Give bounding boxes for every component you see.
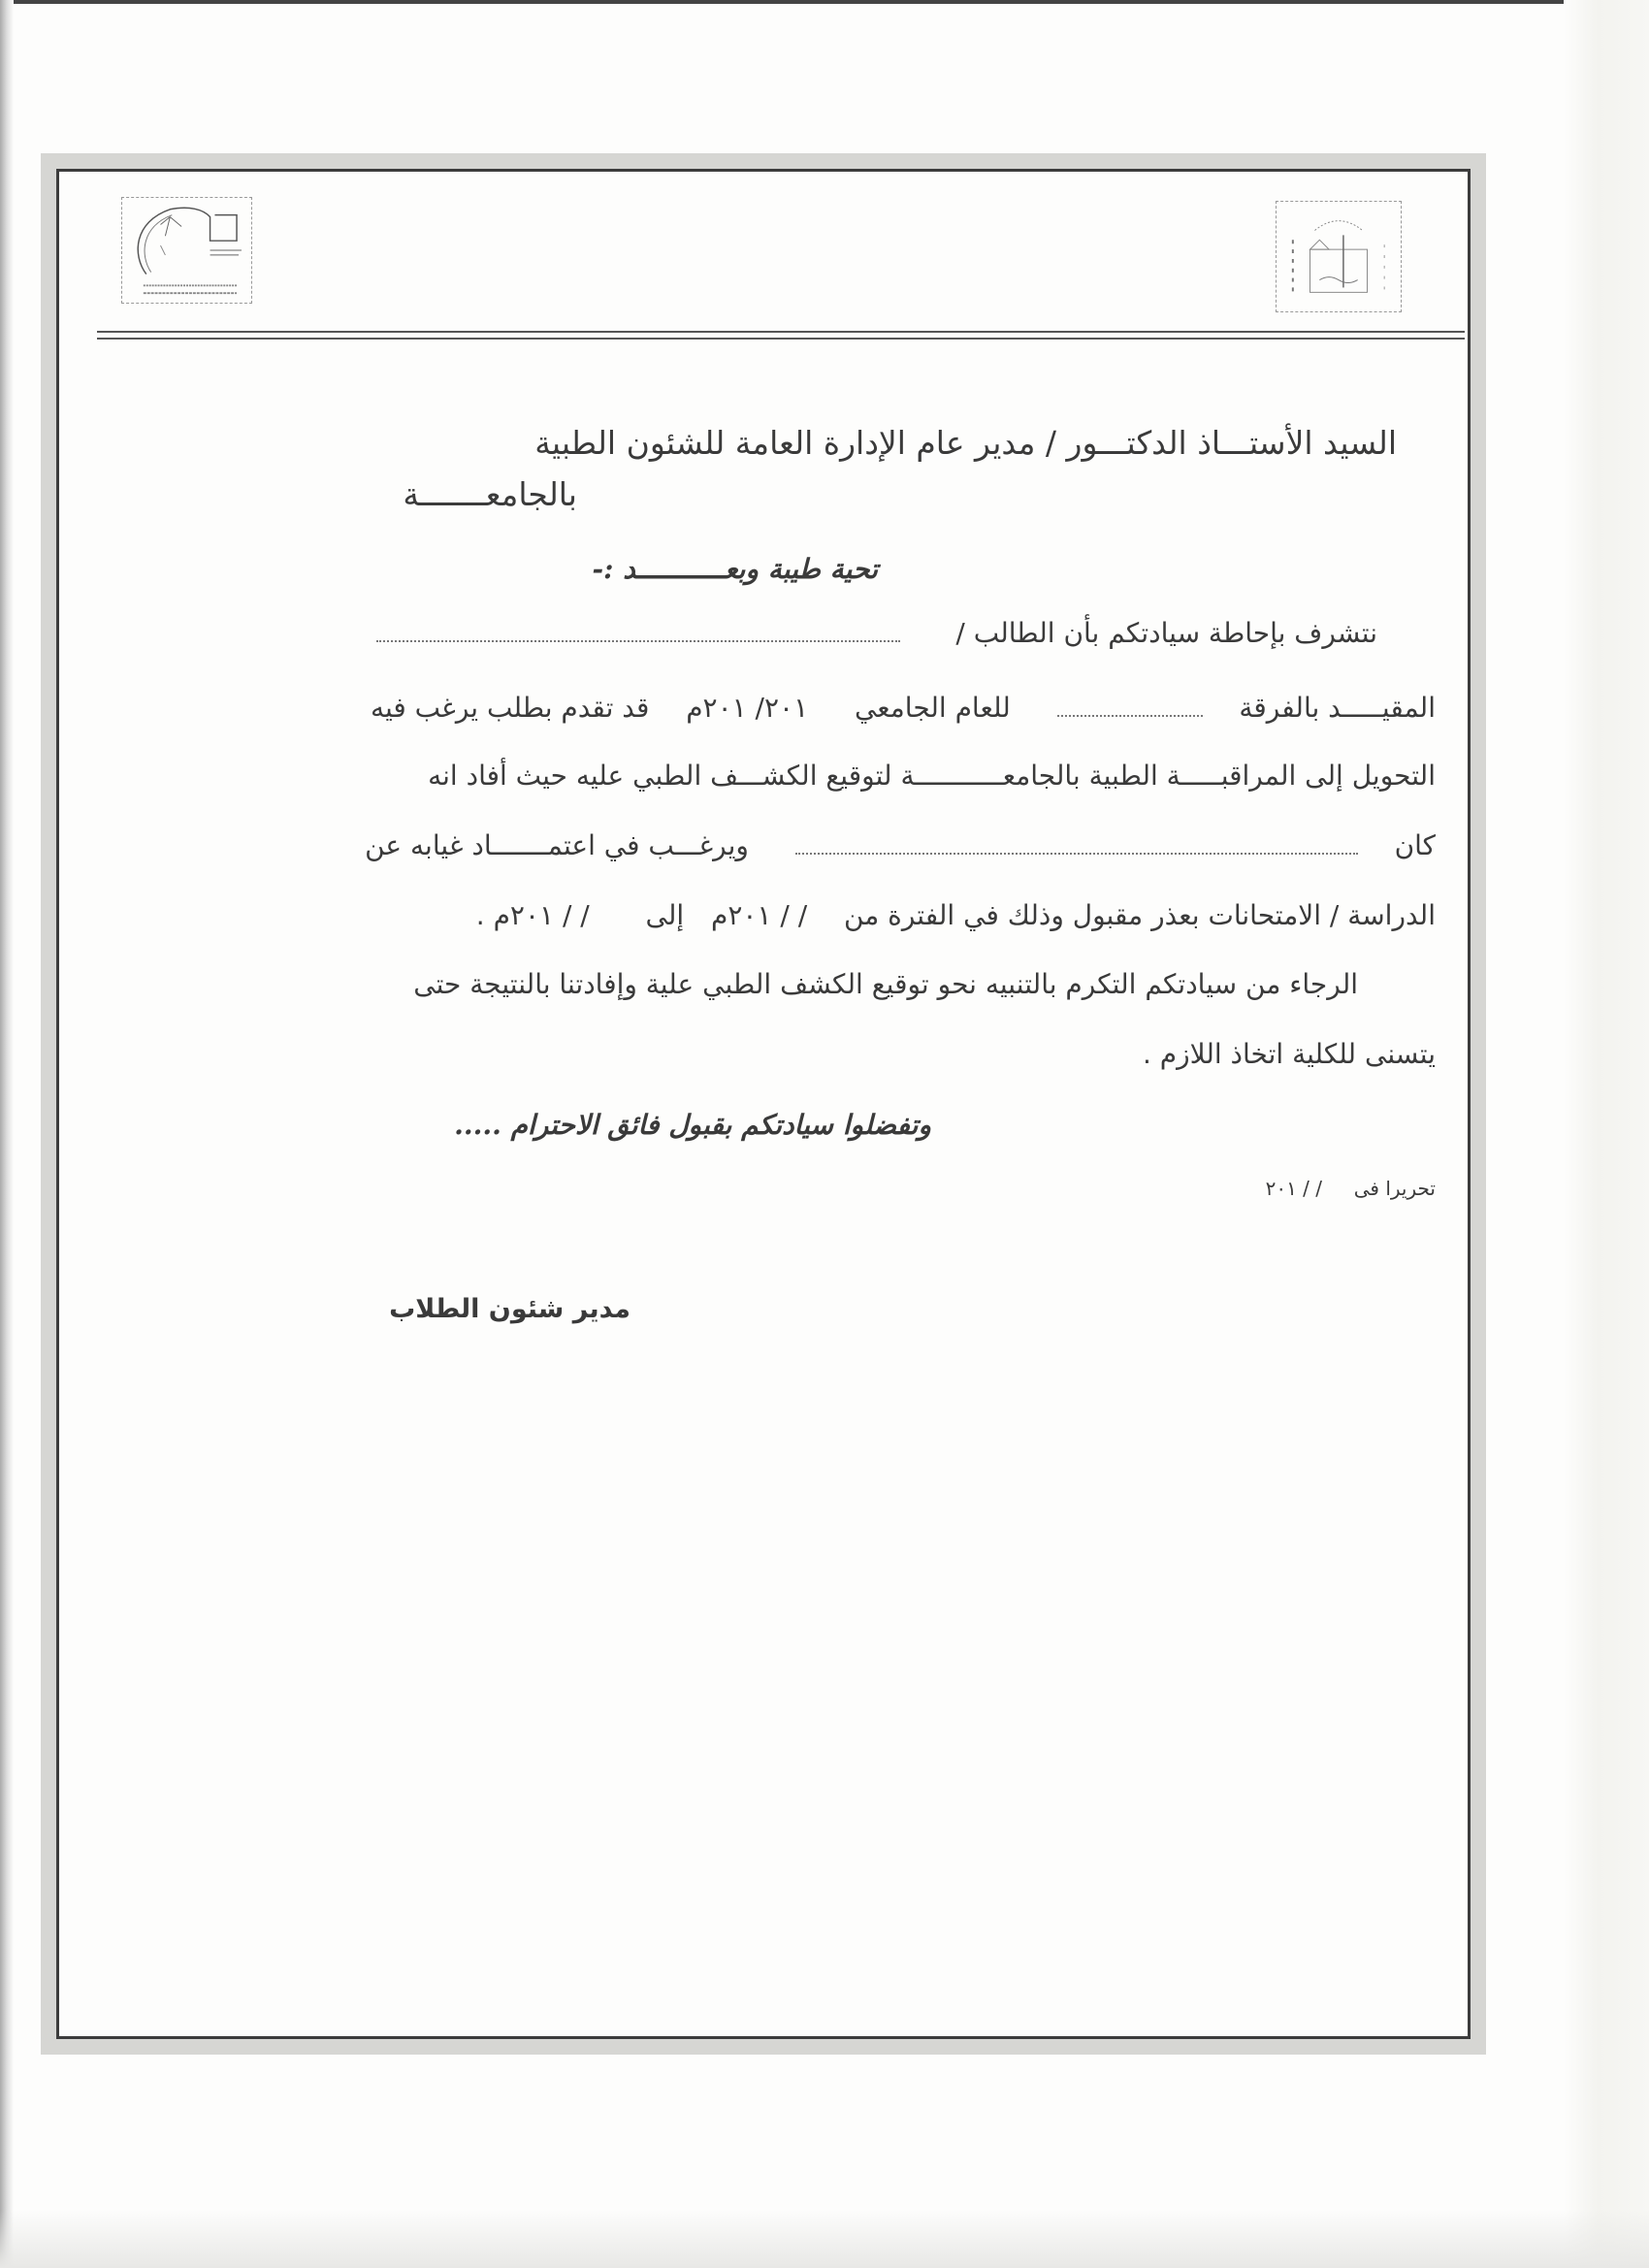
period-to-date[interactable]: / / ٢٠١م . — [476, 899, 590, 931]
scan-edge-right — [1564, 0, 1649, 2268]
header-divider-bottom — [97, 338, 1465, 340]
header-divider-top — [97, 331, 1465, 333]
greeting: تحية طيبة وبعـــــــــــد :- — [97, 550, 878, 589]
request-text: قد تقدم بطلب يرغب فيه — [371, 692, 649, 724]
body-line-reason: كان ويرغـــب في اعتمـــــــاد غيابه عن — [97, 826, 1436, 865]
to-text: إلى — [646, 899, 685, 931]
body-line-request: الرجاء من سيادتكم التكرم بالتنبيه نحو تو… — [97, 965, 1358, 1004]
body-line-action: يتسنى للكلية اتخاذ اللازم . — [97, 1035, 1436, 1074]
university-emblem-icon — [1276, 201, 1402, 312]
addressee-line: السيد الأستـــاذ الدكتـــور / مدير عام ا… — [97, 424, 1397, 463]
faculty-logo-graphic — [122, 198, 251, 303]
issue-date-line: تحريرا فى / / ٢٠١ — [97, 1169, 1436, 1208]
issue-date-label: تحريرا فى — [1354, 1177, 1436, 1200]
issue-date-value[interactable]: / / ٢٠١ — [1266, 1177, 1322, 1200]
body-line-student: نتشرف بإحاطة سيادتكم بأن الطالب / — [97, 614, 1377, 653]
academic-year-value[interactable]: ٢٠١/ ٢٠١م — [686, 692, 808, 724]
scan-edge-bottom — [0, 2210, 1649, 2268]
addressee-institution: بالجامعـــــــة — [97, 475, 577, 514]
scan-edge-left — [0, 0, 14, 2268]
period-text: الدراسة / الامتحانات بعذر مقبول وذلك في … — [844, 899, 1436, 931]
was-text: كان — [1395, 829, 1436, 861]
body-line-transfer: التحويل إلى المراقبـــــة الطبية بالجامع… — [97, 757, 1436, 795]
student-name-field[interactable] — [376, 619, 900, 642]
reason-field[interactable] — [795, 831, 1358, 855]
body-line-period: الدراسة / الامتحانات بعذر مقبول وذلك في … — [97, 896, 1436, 935]
academic-year-label: للعام الجامعي — [855, 692, 1011, 724]
closing-salutation: وتفضلوا سيادتكم بقبول فائق الاحترام ....… — [97, 1106, 931, 1145]
scan-edge-top — [0, 0, 1649, 4]
enrolled-text: المقيـــــد بالفرقة — [1239, 692, 1436, 724]
faculty-logo-icon — [121, 197, 252, 304]
student-intro-text: نتشرف بإحاطة سيادتكم بأن الطالب / — [955, 617, 1377, 649]
period-from-date[interactable]: / / ٢٠١م — [711, 899, 807, 931]
absence-approval-text: ويرغـــب في اعتمـــــــاد غيابه عن — [365, 829, 749, 861]
signature-title: مدير شئون الطلاب — [97, 1290, 630, 1329]
grade-level-field[interactable] — [1057, 694, 1203, 717]
university-emblem-graphic — [1277, 202, 1401, 311]
body-line-year: المقيـــــد بالفرقة للعام الجامعي ٢٠١/ ٢… — [97, 689, 1436, 728]
